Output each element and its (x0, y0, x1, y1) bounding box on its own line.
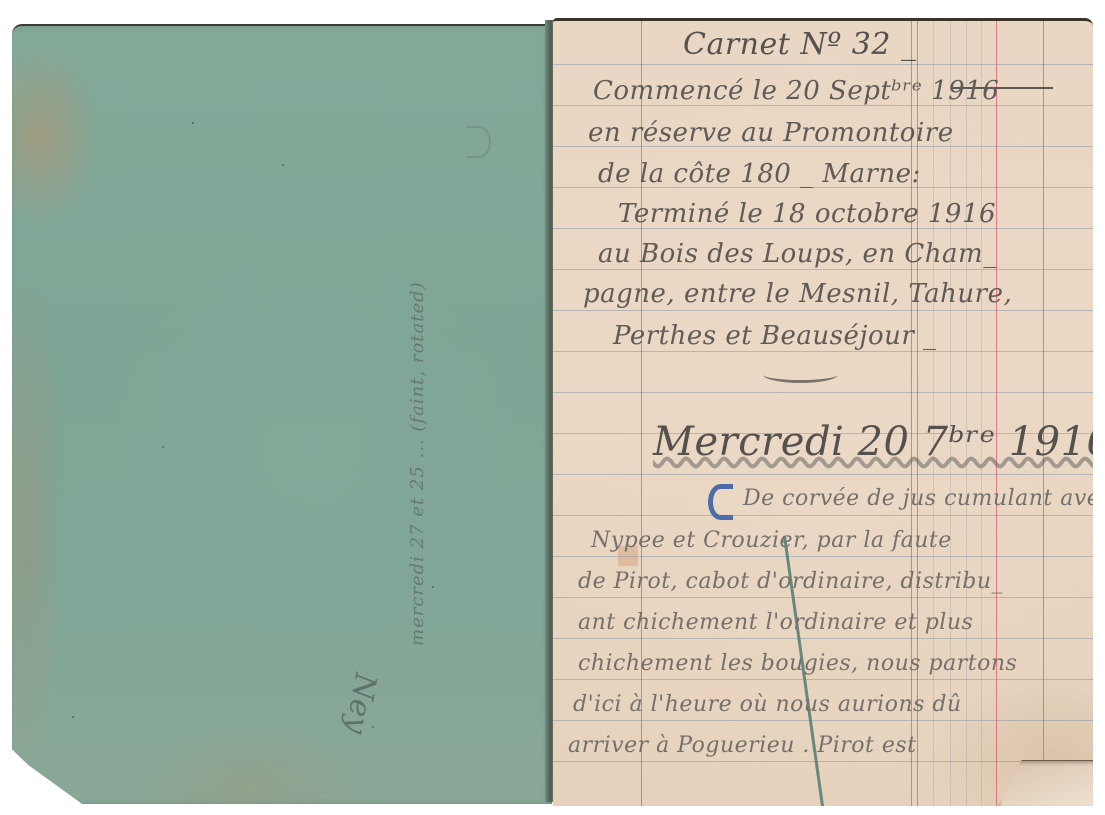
notebook-page-right: Carnet Nº 32 _ Commencé le 20 Septᵇʳᵉ 19… (553, 18, 1093, 806)
column-line-faint (966, 21, 967, 806)
entry-line: arriver à Poguerieu . Pirot est (568, 733, 917, 758)
separator-flourish (763, 366, 838, 383)
header-line: Terminé le 18 octobre 1916 (618, 199, 996, 229)
paper-speck (162, 446, 164, 448)
header-line: Commencé le 20 Septᵇʳᵉ 1916 (593, 76, 999, 106)
entry-line: ant chichement l'ordinaire et plus (578, 610, 973, 635)
ruled-line (553, 638, 1093, 639)
header-line: en réserve au Promontoire (588, 118, 954, 148)
ruled-line (553, 679, 1093, 680)
ruled-line (553, 392, 1093, 393)
entry-line: d'ici à l'heure où nous aurions dû (573, 692, 962, 717)
paper-speck (192, 122, 194, 124)
ruled-line (553, 761, 1093, 762)
header-line: pagne, entre le Mesnil, Tahure, (583, 279, 1012, 309)
folded-page-corner (998, 760, 1093, 806)
header-line: au Bois des Loups, en Cham_ (598, 239, 997, 269)
cover-signature: Ney (338, 670, 383, 736)
ruled-line (553, 64, 1093, 65)
column-line (1043, 21, 1044, 806)
entry-line: de Pirot, cabot d'ordinaire, distribu_ (578, 569, 1003, 594)
ruled-line (553, 351, 1093, 352)
entry-line: Nypee et Crouzier, par la faute (591, 528, 952, 553)
cover-vertical-inscription: mercredi 27 et 25 ... (faint, rotated) (407, 206, 447, 646)
header-line: de la côte 180 _ Marne: (598, 159, 921, 189)
column-line (996, 21, 997, 806)
notebook-cover-left: mercredi 27 et 25 ... (faint, rotated) N… (12, 24, 552, 804)
ruled-line (553, 310, 1093, 311)
ruled-line (553, 474, 1093, 475)
ruled-line (553, 597, 1093, 598)
entry-date-heading: Mercredi 20 7ᵇʳᵉ 1916 _ (653, 419, 1093, 465)
ruled-line (553, 720, 1093, 721)
header-line: Perthes et Beauséjour _ (613, 321, 937, 351)
ruled-line (553, 515, 1093, 516)
entry-line: chichement les bougies, nous partons (578, 651, 1017, 676)
column-line-faint (981, 21, 982, 806)
paper-speck (282, 164, 284, 166)
paper-speck (72, 716, 74, 718)
notebook-title: Carnet Nº 32 _ (683, 27, 916, 62)
entry-line: De corvée de jus cumulant avec (743, 486, 1093, 511)
faint-pencil-mark (467, 126, 491, 158)
blue-crayon-mark (708, 484, 733, 520)
ruled-line (553, 269, 1093, 270)
